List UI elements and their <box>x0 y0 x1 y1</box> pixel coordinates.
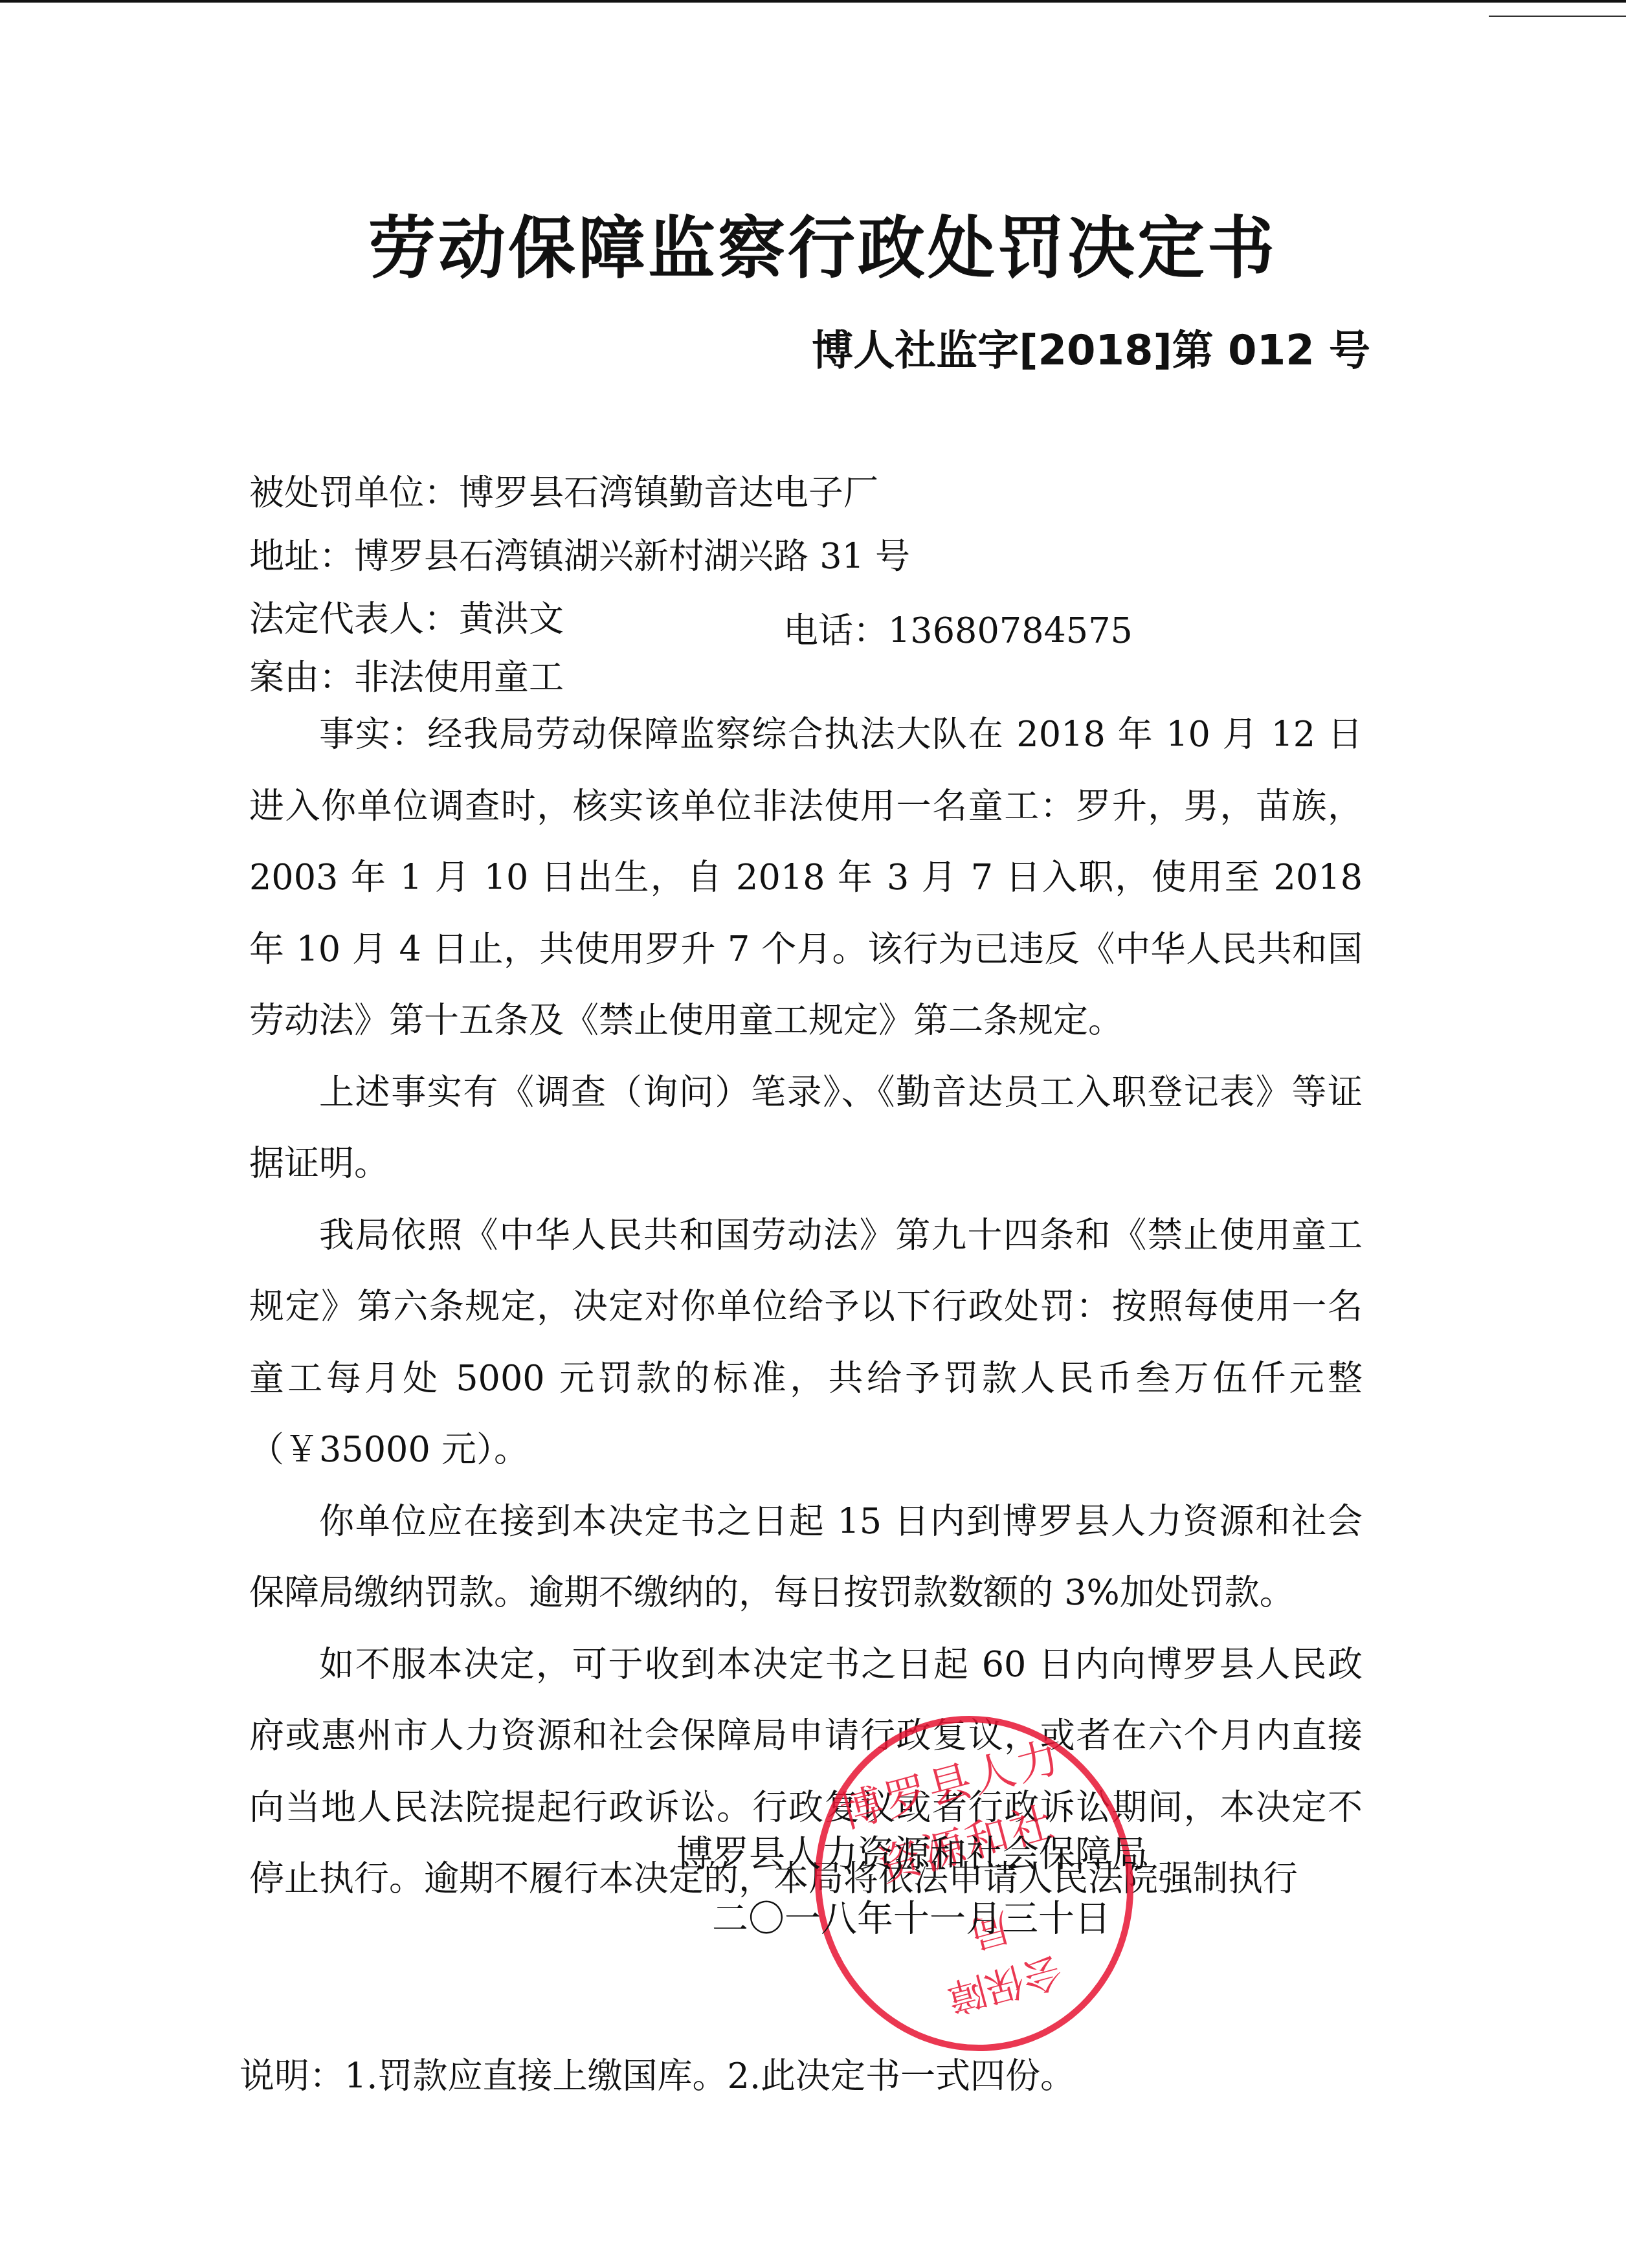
document-title: 劳动保障监察行政处罚决定书 <box>0 194 1626 291</box>
issuer-name: 博罗县人力资源和社会保障局 <box>676 1825 1148 1877</box>
field-value: 非法使用童工 <box>354 657 564 698</box>
field-label: 法定代表人： <box>249 599 459 639</box>
footnote: 说明：1.罚款应直接上缴国库。2.此决定书一式四份。 <box>239 2049 1075 2098</box>
paragraph-facts: 事实：经我局劳动保障监察综合执法大队在 2018 年 10 月 12 日进入你单… <box>249 699 1363 1057</box>
field-value: 博罗县石湾镇湖兴新村湖兴路 31 号 <box>354 536 910 577</box>
field-value: 黄洪文 <box>459 599 564 639</box>
field-penalized-unit: 被处罚单位：博罗县石湾镇勤音达电子厂 <box>249 476 878 511</box>
field-value: 13680784575 <box>888 610 1133 651</box>
scan-edge-line <box>1489 16 1626 17</box>
field-legal-representative: 法定代表人：黄洪文 <box>249 602 564 637</box>
issue-date: 二〇一八年十一月三十日 <box>712 1890 1111 1942</box>
scan-edge-line <box>0 0 1626 3</box>
field-case-cause: 案由：非法使用童工 <box>249 660 564 695</box>
document-body: 事实：经我局劳动保障监察综合执法大队在 2018 年 10 月 12 日进入你单… <box>249 699 1363 1915</box>
field-phone: 电话：13680784575 <box>783 603 1133 653</box>
field-address: 地址：博罗县石湾镇湖兴新村湖兴路 31 号 <box>249 539 910 574</box>
document-number: 博人社监字[2018]第 012 号 <box>812 317 1370 377</box>
field-value: 博罗县石湾镇勤音达电子厂 <box>459 472 878 513</box>
paragraph-evidence: 上述事实有《调查（询问）笔录》、《勤音达员工入职登记表》等证据证明。 <box>249 1057 1363 1200</box>
field-label: 案由： <box>249 657 354 698</box>
field-label: 电话： <box>783 610 888 651</box>
paragraph-payment: 你单位应在接到本决定书之日起 15 日内到博罗县人力资源和社会保障局缴纳罚款。逾… <box>249 1486 1363 1629</box>
paragraph-decision: 我局依照《中华人民共和国劳动法》第九十四条和《禁止使用童工规定》第六条规定，决定… <box>249 1200 1363 1486</box>
field-label: 被处罚单位： <box>249 472 459 513</box>
field-label: 地址： <box>249 536 354 577</box>
